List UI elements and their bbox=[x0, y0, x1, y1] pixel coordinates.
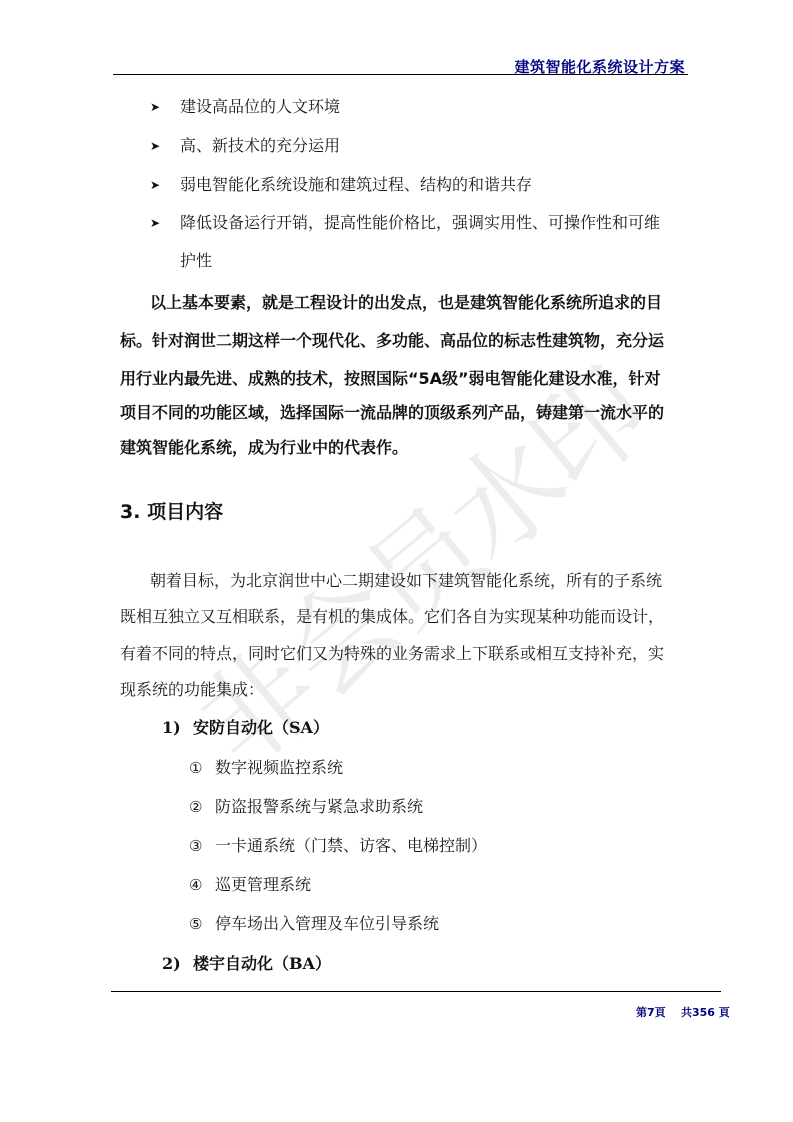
system-heading-sa: 1)安防自动化（SA） bbox=[162, 715, 329, 738]
subsystem-item: ④巡更管理系统 bbox=[189, 872, 311, 895]
summary-line: 标。针对润世二期这样一个现代化、多功能、高品位的标志性建筑物，充分运 bbox=[120, 328, 664, 351]
intro-line: 现系统的功能集成： bbox=[120, 677, 264, 700]
section-heading: 3. 项目内容 bbox=[120, 497, 223, 524]
arrow-bullet-icon: ➤ bbox=[150, 97, 180, 117]
arrow-bullet-icon: ➤ bbox=[150, 175, 180, 195]
subsystem-text: 巡更管理系统 bbox=[215, 875, 311, 894]
system-number: 1) bbox=[162, 718, 193, 737]
summary-line: 建筑智能化系统，成为行业中的代表作。 bbox=[120, 435, 408, 458]
bullet-item: ➤建设高品位的人文环境 bbox=[150, 97, 340, 117]
bullet-text: 高、新技术的充分运用 bbox=[180, 136, 340, 155]
intro-line: 既相互独立又互相联系，是有机的集成体。它们各自为实现某种功能而设计， bbox=[120, 604, 664, 627]
intro-line: 朝着目标，为北京润世中心二期建设如下建筑智能化系统，所有的子系统 bbox=[150, 568, 662, 591]
footer-divider bbox=[111, 991, 721, 992]
section-title: 项目内容 bbox=[147, 501, 223, 523]
subsystem-text: 停车场出入管理及车位引导系统 bbox=[215, 914, 439, 933]
circled-number-5: ⑤ bbox=[189, 915, 215, 933]
circled-number-4: ④ bbox=[189, 876, 215, 894]
section-number: 3. bbox=[120, 501, 140, 523]
bullet-text: 弱电智能化系统设施和建筑过程、结构的和谐共存 bbox=[180, 175, 532, 194]
system-title: 安防自动化（SA） bbox=[193, 718, 329, 737]
subsystem-item: ②防盗报警系统与紧急求助系统 bbox=[189, 794, 423, 817]
summary-line: 用行业内最先进、成熟的技术，按照国际“5A级”弱电智能化建设水准，针对 bbox=[120, 366, 661, 389]
bullet-text: 建设高品位的人文环境 bbox=[180, 97, 340, 116]
subsystem-text: 一卡通系统（门禁、访客、电梯控制） bbox=[215, 836, 487, 855]
subsystem-item: ③一卡通系统（门禁、访客、电梯控制） bbox=[189, 833, 487, 856]
bullet-text-continuation: 护性 bbox=[180, 251, 212, 271]
subsystem-item: ①数字视频监控系统 bbox=[189, 755, 343, 778]
circled-number-1: ① bbox=[189, 759, 215, 777]
header-divider bbox=[113, 74, 688, 75]
bullet-item: ➤弱电智能化系统设施和建筑过程、结构的和谐共存 bbox=[150, 175, 532, 195]
subsystem-item: ⑤停车场出入管理及车位引导系统 bbox=[189, 911, 439, 934]
summary-line: 项目不同的功能区域，选择国际一流品牌的顶级系列产品，铸建第一流水平的 bbox=[120, 400, 664, 423]
arrow-bullet-icon: ➤ bbox=[150, 136, 180, 156]
subsystem-text: 数字视频监控系统 bbox=[215, 758, 343, 777]
system-heading-ba: 2)楼宇自动化（BA） bbox=[162, 951, 331, 974]
system-title: 楼宇自动化（BA） bbox=[193, 954, 331, 973]
bullet-item: ➤降低设备运行开销，提高性能价格比，强调实用性、可操作性和可维 bbox=[150, 213, 660, 233]
arrow-bullet-icon: ➤ bbox=[150, 213, 180, 233]
circled-number-2: ② bbox=[189, 798, 215, 816]
subsystem-text: 防盗报警系统与紧急求助系统 bbox=[215, 797, 423, 816]
intro-line: 有着不同的特点，同时它们又为特殊的业务需求上下联系或相互支持补充，实 bbox=[120, 641, 664, 664]
bullet-item: ➤高、新技术的充分运用 bbox=[150, 136, 340, 156]
summary-line: 以上基本要素，就是工程设计的出发点，也是建筑智能化系统所追求的目 bbox=[150, 290, 662, 313]
system-number: 2) bbox=[162, 954, 193, 973]
bullet-text: 降低设备运行开销，提高性能价格比，强调实用性、可操作性和可维 bbox=[180, 213, 660, 232]
circled-number-3: ③ bbox=[189, 837, 215, 855]
page-number: 第7頁 共356 頁 bbox=[636, 1004, 730, 1020]
